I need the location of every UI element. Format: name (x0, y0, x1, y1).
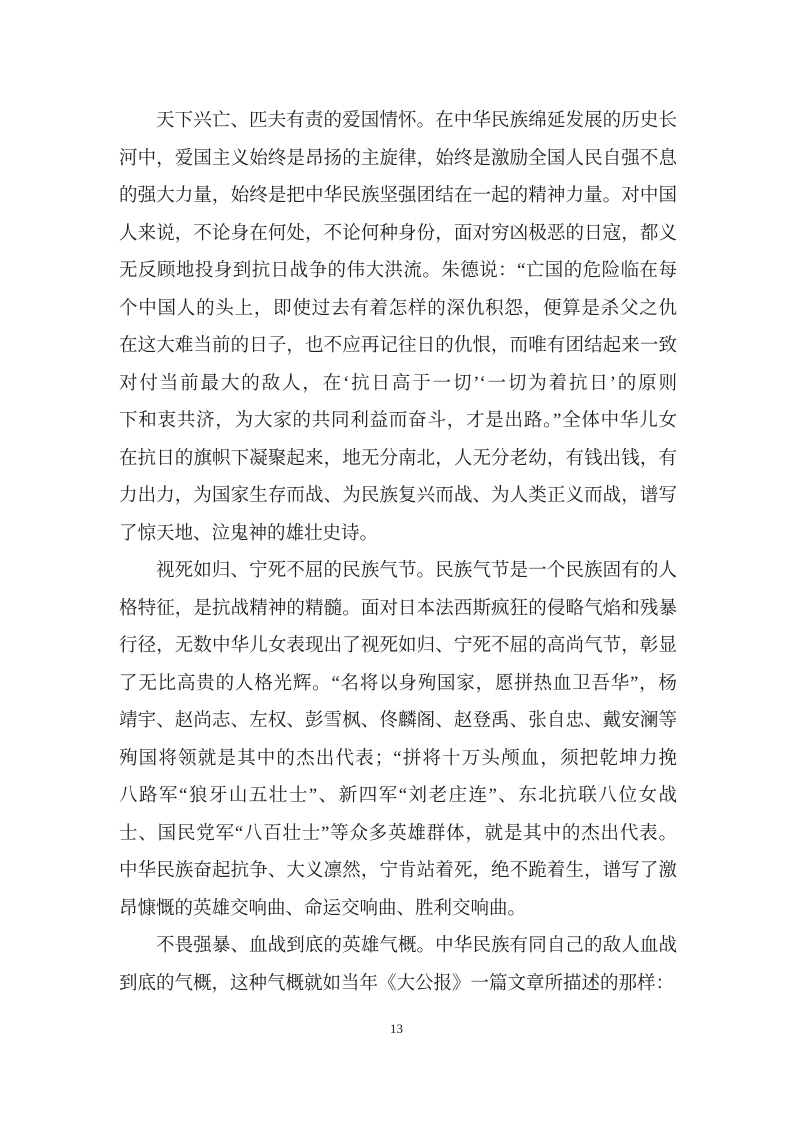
text-line: 殉国将领就是其中的杰出代表；“拼将十万头颅血，须把乾坤力挽回”， (119, 741, 677, 779)
text-line: 士、国民党军“八百壮士”等众多英雄群体，就是其中的杰出代表。 (119, 816, 677, 854)
paragraph: 视死如归、宁死不屈的民族气节。民族气节是一个民族固有的人 格特征，是抗战精神的精… (119, 553, 677, 928)
text-line: 中华民族奋起抗争、大义凛然，宁肯站着死，绝不跪着生，谱写了激 (119, 853, 677, 891)
document-page: 天下兴亡、匹夫有责的爱国情怀。在中华民族绵延发展的历史长 河中，爱国主义始终是昂… (0, 0, 793, 1122)
text-line: 昂慷慨的英雄交响曲、命运交响曲、胜利交响曲。 (119, 891, 677, 929)
text-line: 不畏强暴、血战到底的英雄气概。中华民族有同自己的敌人血战 (119, 928, 677, 966)
text-line: 靖宇、赵尚志、左权、彭雪枫、佟麟阁、赵登禹、张自忠、戴安澜等 (119, 703, 677, 741)
text-line: 了惊天地、泣鬼神的雄壮史诗。 (119, 516, 677, 554)
text-line: 个中国人的头上，即使过去有着怎样的深仇积怨，便算是杀父之仇罢， (119, 291, 677, 329)
text-block: 天下兴亡、匹夫有责的爱国情怀。在中华民族绵延发展的历史长 河中，爱国主义始终是昂… (119, 103, 677, 1003)
text-line: 在抗日的旗帜下凝聚起来，地无分南北，人无分老幼，有钱出钱，有 (119, 441, 677, 479)
text-line: 河中，爱国主义始终是昂扬的主旋律，始终是激励全国人民自强不息 (119, 141, 677, 179)
text-line: 八路军“狼牙山五壮士”、新四军“刘老庄连”、东北抗联八位女战 (119, 778, 677, 816)
text-line: 格特征，是抗战精神的精髓。面对日本法西斯疯狂的侵略气焰和残暴 (119, 591, 677, 629)
text-line: 力出力，为国家生存而战、为民族复兴而战、为人类正义而战，谱写 (119, 478, 677, 516)
text-line: 的强大力量，始终是把中华民族坚强团结在一起的精神力量。对中国 (119, 178, 677, 216)
paragraph: 不畏强暴、血战到底的英雄气概。中华民族有同自己的敌人血战 到底的气概，这种气概就… (119, 928, 677, 1003)
page-number: 13 (0, 1020, 793, 1038)
text-line: 了无比高贵的人格光辉。“名将以身殉国家，愿拼热血卫吾华”，杨 (119, 666, 677, 704)
paragraph: 天下兴亡、匹夫有责的爱国情怀。在中华民族绵延发展的历史长 河中，爱国主义始终是昂… (119, 103, 677, 553)
text-line: 到底的气概，这种气概就如当年《大公报》一篇文章所描述的那样： (119, 966, 677, 1004)
text-line: 无反顾地投身到抗日战争的伟大洪流。朱德说：“亡国的危险临在每 (119, 253, 677, 291)
text-line: 人来说，不论身在何处，不论何种身份，面对穷凶极恶的日寇，都义 (119, 216, 677, 254)
text-line: 下和衷共济，为大家的共同利益而奋斗，才是出路。”全体中华儿女 (119, 403, 677, 441)
text-line: 对付当前最大的敌人，在‘抗日高于一切’‘一切为着抗日’的原则 (119, 366, 677, 404)
text-line: 天下兴亡、匹夫有责的爱国情怀。在中华民族绵延发展的历史长 (119, 103, 677, 141)
text-line: 视死如归、宁死不屈的民族气节。民族气节是一个民族固有的人 (119, 553, 677, 591)
text-line: 行径，无数中华儿女表现出了视死如归、宁死不屈的高尚气节，彰显 (119, 628, 677, 666)
text-line: 在这大难当前的日子，也不应再记往日的仇恨，而唯有团结起来一致 (119, 328, 677, 366)
